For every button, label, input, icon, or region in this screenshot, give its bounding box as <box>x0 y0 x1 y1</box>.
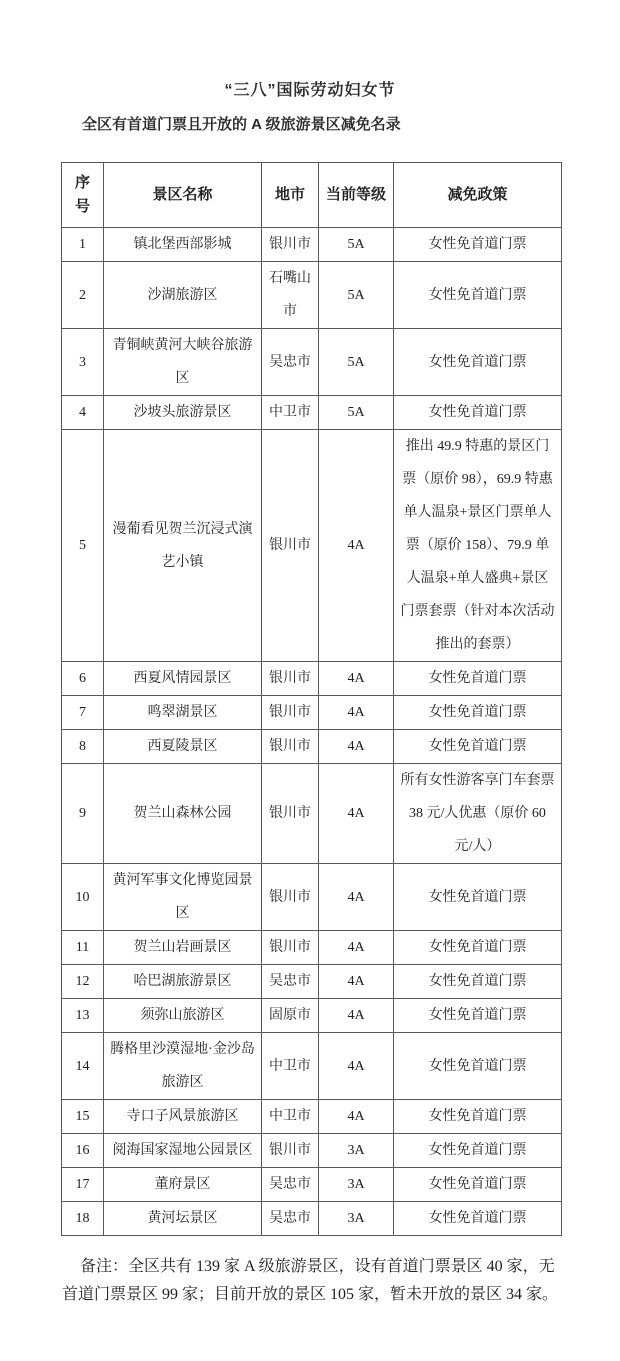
table-row: 3 青铜峡黄河大峡谷旅游区 吴忠市 5A 女性免首道门票 <box>62 329 562 396</box>
scenic-area-discount-table: 序号 景区名称 地市 当前等级 减免政策 1 镇北堡西部影城 银川市 5A 女性… <box>61 162 562 1236</box>
scenic-area-name: 沙湖旅游区 <box>104 262 262 329</box>
document-subtitle: 全区有首道门票且开放的 A 级旅游景区减免名录 <box>82 114 401 136</box>
policy: 女性免首道门票 <box>394 931 562 965</box>
grade: 4A <box>319 764 394 864</box>
grade: 5A <box>319 329 394 396</box>
header-serial-number: 序号 <box>62 163 104 228</box>
scenic-area-name: 寺口子风景旅游区 <box>104 1100 262 1134</box>
grade: 3A <box>319 1202 394 1236</box>
row-index: 18 <box>62 1202 104 1236</box>
row-index: 17 <box>62 1168 104 1202</box>
policy: 女性免首道门票 <box>394 730 562 764</box>
policy: 女性免首道门票 <box>394 228 562 262</box>
policy: 女性免首道门票 <box>394 262 562 329</box>
row-index: 4 <box>62 396 104 430</box>
table-row: 10 黄河军事文化博览园景区 银川市 4A 女性免首道门票 <box>62 864 562 931</box>
scenic-area-name: 阅海国家湿地公园景区 <box>104 1134 262 1168</box>
city: 银川市 <box>262 430 319 662</box>
policy: 推出 49.9 特惠的景区门票（原价 98），69.9 特惠单人温泉+景区门票单… <box>394 430 562 662</box>
policy: 女性免首道门票 <box>394 864 562 931</box>
scenic-area-name: 黄河军事文化博览园景区 <box>104 864 262 931</box>
policy: 女性免首道门票 <box>394 1033 562 1100</box>
table-row: 5 漫葡看见贺兰沉浸式演艺小镇 银川市 4A 推出 49.9 特惠的景区门票（原… <box>62 430 562 662</box>
scenic-area-name: 镇北堡西部影城 <box>104 228 262 262</box>
grade: 5A <box>319 228 394 262</box>
policy: 女性免首道门票 <box>394 329 562 396</box>
city: 石嘴山市 <box>262 262 319 329</box>
table-row: 9 贺兰山森林公园 银川市 4A 所有女性游客享门车套票 38 元/人优惠（原价… <box>62 764 562 864</box>
grade: 4A <box>319 662 394 696</box>
city: 银川市 <box>262 864 319 931</box>
grade: 4A <box>319 1100 394 1134</box>
table-row: 2 沙湖旅游区 石嘴山市 5A 女性免首道门票 <box>62 262 562 329</box>
city: 吴忠市 <box>262 329 319 396</box>
policy: 所有女性游客享门车套票 38 元/人优惠（原价 60 元/人） <box>394 764 562 864</box>
table-row: 12 哈巴湖旅游景区 吴忠市 4A 女性免首道门票 <box>62 965 562 999</box>
row-index: 12 <box>62 965 104 999</box>
city: 银川市 <box>262 228 319 262</box>
table-row: 8 西夏陵景区 银川市 4A 女性免首道门票 <box>62 730 562 764</box>
scenic-area-name: 黄河坛景区 <box>104 1202 262 1236</box>
city: 吴忠市 <box>262 1202 319 1236</box>
policy: 女性免首道门票 <box>394 965 562 999</box>
city: 银川市 <box>262 1134 319 1168</box>
policy: 女性免首道门票 <box>394 999 562 1033</box>
city: 银川市 <box>262 730 319 764</box>
grade: 4A <box>319 1033 394 1100</box>
document-title: “三八”国际劳动妇女节 <box>0 80 620 102</box>
document-page: “三八”国际劳动妇女节 全区有首道门票且开放的 A 级旅游景区减免名录 序号 景… <box>0 0 620 1361</box>
scenic-area-name: 漫葡看见贺兰沉浸式演艺小镇 <box>104 430 262 662</box>
policy: 女性免首道门票 <box>394 1100 562 1134</box>
table-row: 14 腾格里沙漠湿地·金沙岛旅游区 中卫市 4A 女性免首道门票 <box>62 1033 562 1100</box>
row-index: 16 <box>62 1134 104 1168</box>
grade: 4A <box>319 430 394 662</box>
row-index: 9 <box>62 764 104 864</box>
table-row: 6 西夏风情园景区 银川市 4A 女性免首道门票 <box>62 662 562 696</box>
table-row: 15 寺口子风景旅游区 中卫市 4A 女性免首道门票 <box>62 1100 562 1134</box>
table-header-row: 序号 景区名称 地市 当前等级 减免政策 <box>62 163 562 228</box>
city: 吴忠市 <box>262 965 319 999</box>
scenic-area-name: 沙坡头旅游景区 <box>104 396 262 430</box>
policy: 女性免首道门票 <box>394 1202 562 1236</box>
grade: 4A <box>319 696 394 730</box>
city: 银川市 <box>262 764 319 864</box>
policy: 女性免首道门票 <box>394 662 562 696</box>
row-index: 13 <box>62 999 104 1033</box>
grade: 5A <box>319 396 394 430</box>
row-index: 1 <box>62 228 104 262</box>
row-index: 11 <box>62 931 104 965</box>
table-row: 16 阅海国家湿地公园景区 银川市 3A 女性免首道门票 <box>62 1134 562 1168</box>
row-index: 15 <box>62 1100 104 1134</box>
scenic-area-name: 须弥山旅游区 <box>104 999 262 1033</box>
grade: 3A <box>319 1134 394 1168</box>
table-row: 11 贺兰山岩画景区 银川市 4A 女性免首道门票 <box>62 931 562 965</box>
city: 固原市 <box>262 999 319 1033</box>
grade: 4A <box>319 931 394 965</box>
city: 银川市 <box>262 662 319 696</box>
city: 中卫市 <box>262 1033 319 1100</box>
table-row: 13 须弥山旅游区 固原市 4A 女性免首道门票 <box>62 999 562 1033</box>
city: 银川市 <box>262 931 319 965</box>
scenic-area-name: 贺兰山森林公园 <box>104 764 262 864</box>
row-index: 7 <box>62 696 104 730</box>
policy: 女性免首道门票 <box>394 1134 562 1168</box>
header-city: 地市 <box>262 163 319 228</box>
policy: 女性免首道门票 <box>394 396 562 430</box>
footer-note: 备注：全区共有 139 家 A 级旅游景区，设有首道门票景区 40 家，无首道门… <box>62 1253 562 1309</box>
row-index: 10 <box>62 864 104 931</box>
grade: 5A <box>319 262 394 329</box>
table-row: 4 沙坡头旅游景区 中卫市 5A 女性免首道门票 <box>62 396 562 430</box>
grade: 4A <box>319 999 394 1033</box>
grade: 3A <box>319 1168 394 1202</box>
scenic-area-name: 董府景区 <box>104 1168 262 1202</box>
scenic-area-name: 西夏风情园景区 <box>104 662 262 696</box>
row-index: 6 <box>62 662 104 696</box>
city: 银川市 <box>262 696 319 730</box>
scenic-area-name: 鸣翠湖景区 <box>104 696 262 730</box>
row-index: 8 <box>62 730 104 764</box>
grade: 4A <box>319 965 394 999</box>
grade: 4A <box>319 730 394 764</box>
city: 中卫市 <box>262 1100 319 1134</box>
header-current-grade: 当前等级 <box>319 163 394 228</box>
grade: 4A <box>319 864 394 931</box>
header-discount-policy: 减免政策 <box>394 163 562 228</box>
table-row: 1 镇北堡西部影城 银川市 5A 女性免首道门票 <box>62 228 562 262</box>
row-index: 2 <box>62 262 104 329</box>
policy: 女性免首道门票 <box>394 696 562 730</box>
header-scenic-area-name: 景区名称 <box>104 163 262 228</box>
policy: 女性免首道门票 <box>394 1168 562 1202</box>
city: 吴忠市 <box>262 1168 319 1202</box>
scenic-area-name: 西夏陵景区 <box>104 730 262 764</box>
scenic-area-name: 腾格里沙漠湿地·金沙岛旅游区 <box>104 1033 262 1100</box>
table-row: 17 董府景区 吴忠市 3A 女性免首道门票 <box>62 1168 562 1202</box>
scenic-area-name: 哈巴湖旅游景区 <box>104 965 262 999</box>
row-index: 14 <box>62 1033 104 1100</box>
row-index: 3 <box>62 329 104 396</box>
table-row: 7 鸣翠湖景区 银川市 4A 女性免首道门票 <box>62 696 562 730</box>
scenic-area-name: 贺兰山岩画景区 <box>104 931 262 965</box>
scenic-area-name: 青铜峡黄河大峡谷旅游区 <box>104 329 262 396</box>
table-row: 18 黄河坛景区 吴忠市 3A 女性免首道门票 <box>62 1202 562 1236</box>
city: 中卫市 <box>262 396 319 430</box>
row-index: 5 <box>62 430 104 662</box>
